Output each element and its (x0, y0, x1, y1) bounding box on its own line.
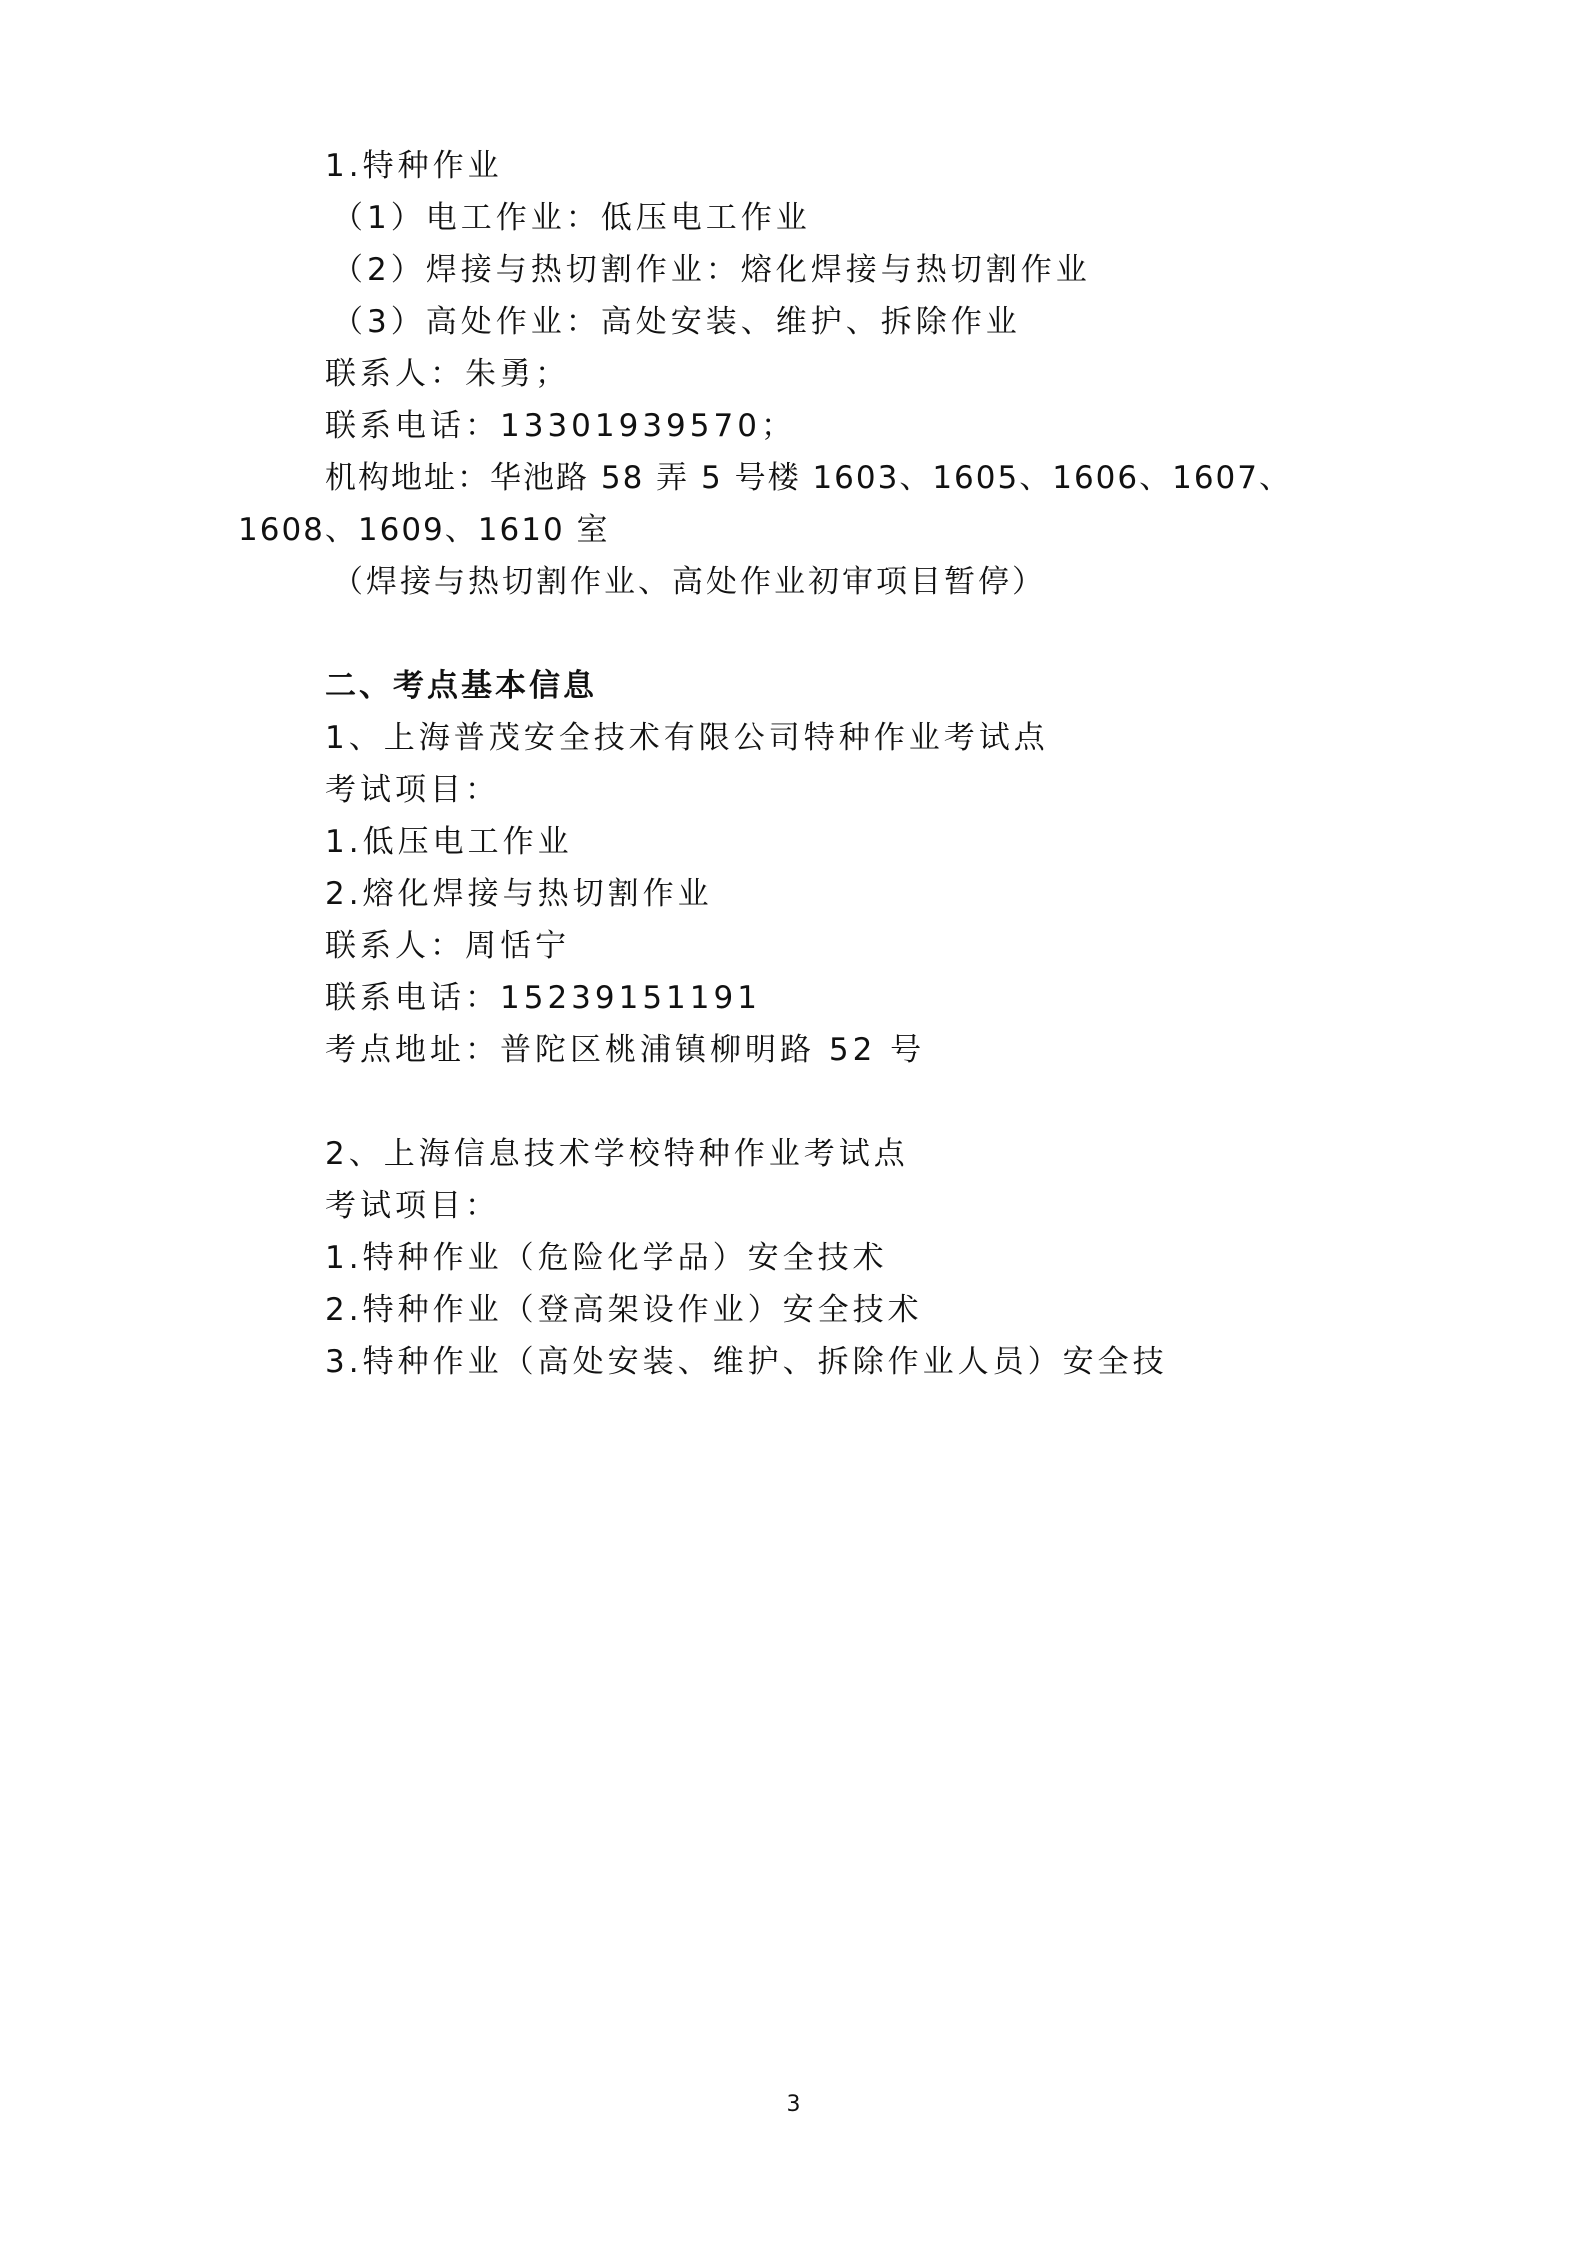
document-page: 1.特种作业 （1）电工作业：低压电工作业 （2）焊接与热切割作业：熔化焊接与热… (0, 0, 1587, 2245)
page-number: 3 (0, 2090, 1587, 2120)
site-address: 考点地址：普陀区桃浦镇柳明路 52 号 (325, 1030, 925, 1070)
section-heading: 二、考点基本信息 (325, 666, 597, 706)
site-title: 1、上海普茂安全技术有限公司特种作业考试点 (325, 718, 1049, 758)
item-line: （3）高处作业：高处安装、维护、拆除作业 (332, 302, 1021, 342)
exam-item: 1.特种作业（危险化学品）安全技术 (325, 1238, 888, 1278)
items-label: 考试项目： (325, 1186, 500, 1226)
items-label: 考试项目： (325, 770, 500, 810)
exam-item: 2.特种作业（登高架设作业）安全技术 (325, 1290, 923, 1330)
address-line-continued: 1608、1609、1610 室 (238, 510, 610, 550)
contact-phone: 联系电话：13301939570； (325, 406, 796, 446)
exam-item: 2.熔化焊接与热切割作业 (325, 874, 713, 914)
exam-item: 1.低压电工作业 (325, 822, 573, 862)
address-line: 机构地址：华池路 58 弄 5 号楼 1603、1605、1606、1607、 (325, 458, 1292, 498)
contact-phone: 联系电话：15239151191 (325, 978, 761, 1018)
contact-person: 联系人：周恬宁 (325, 926, 570, 966)
exam-item: 3.特种作业（高处安装、维护、拆除作业人员）安全技 (325, 1342, 1168, 1382)
site-title: 2、上海信息技术学校特种作业考试点 (325, 1134, 909, 1174)
item-line: （1）电工作业：低压电工作业 (332, 198, 811, 238)
suspension-note: （焊接与热切割作业、高处作业初审项目暂停） (332, 562, 1046, 602)
item-line: （2）焊接与热切割作业：熔化焊接与热切割作业 (332, 250, 1091, 290)
category-title: 1.特种作业 (325, 146, 503, 186)
contact-person: 联系人：朱勇； (325, 354, 570, 394)
